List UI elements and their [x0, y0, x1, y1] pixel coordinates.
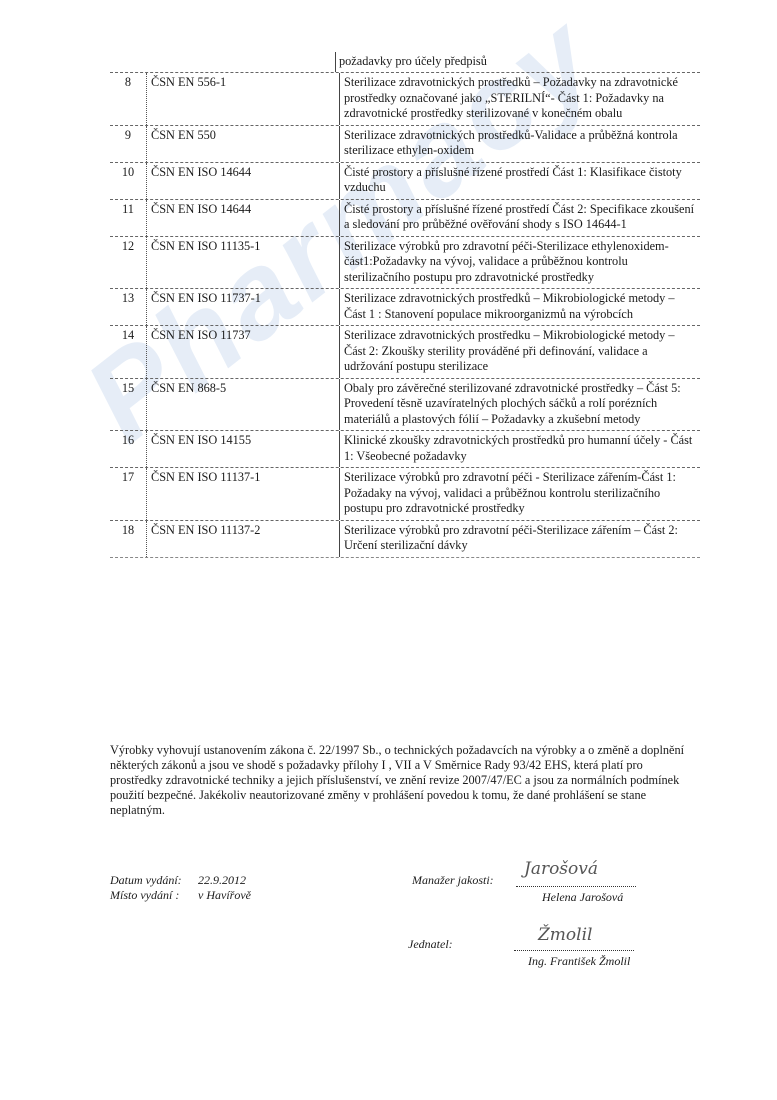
quality-manager-signature: Jarošová — [524, 859, 598, 879]
standard-code: ČSN EN 550 — [146, 126, 339, 162]
standard-code: ČSN EN ISO 11137-2 — [146, 521, 339, 557]
standard-title: Obaly pro závěrečné sterilizované zdravo… — [339, 379, 700, 431]
standard-code: ČSN EN 556-1 — [146, 73, 339, 125]
standard-title: Sterilizace zdravotnických prostředků – … — [339, 73, 700, 125]
quality-manager-label: Manažer jakosti: — [412, 873, 494, 888]
table-row: 16ČSN EN ISO 14155Klinické zkoušky zdrav… — [110, 430, 700, 467]
table-row: 14ČSN EN ISO 11737Sterilizace zdravotnic… — [110, 325, 700, 378]
standard-title: Sterilizace výrobků pro zdravotní péči-S… — [339, 237, 700, 289]
standard-title: Sterilizace výrobků pro zdravotní péči-S… — [339, 521, 700, 557]
issue-date-value: 22.9.2012 — [198, 873, 246, 887]
issue-place-label: Místo vydání : — [110, 888, 198, 903]
issue-date-label: Datum vydání: — [110, 873, 198, 888]
standard-title: Sterilizace zdravotnických prostředků-Va… — [339, 126, 700, 162]
table-row: 10ČSN EN ISO 14644Čisté prostory a přísl… — [110, 162, 700, 199]
row-number: 8 — [110, 73, 146, 125]
standard-code: ČSN EN ISO 11135-1 — [146, 237, 339, 289]
table-row: 15ČSN EN 868-5Obaly pro závěrečné steril… — [110, 378, 700, 431]
standard-title: Čisté prostory a příslušné řízené prostř… — [339, 200, 700, 236]
standard-code: ČSN EN ISO 11737 — [146, 326, 339, 378]
signature-quality-manager: Manažer jakosti: Jarošová Helena Jarošov… — [412, 873, 692, 913]
table-row: 17ČSN EN ISO 11137-1Sterilizace výrobků … — [110, 467, 700, 520]
row-number: 14 — [110, 326, 146, 378]
table-row: 11ČSN EN ISO 14644Čisté prostory a přísl… — [110, 199, 700, 236]
director-signature: Žmolil — [538, 925, 592, 945]
table-row: 18ČSN EN ISO 11137-2Sterilizace výrobků … — [110, 520, 700, 558]
standard-title: Sterilizace zdravotnických prostředku – … — [339, 326, 700, 378]
quality-manager-name: Helena Jarošová — [542, 890, 623, 905]
issue-place-value: v Havířově — [198, 888, 251, 902]
standard-title: Čisté prostory a příslušné řízené prostř… — [339, 163, 700, 199]
standard-code: ČSN EN ISO 11137-1 — [146, 468, 339, 520]
standard-code: ČSN EN ISO 14644 — [146, 163, 339, 199]
row-number: 9 — [110, 126, 146, 162]
standard-title: Klinické zkoušky zdravotnických prostřed… — [339, 431, 700, 467]
table-row: 13ČSN EN ISO 11737-1Sterilizace zdravotn… — [110, 288, 700, 325]
director-name: Ing. František Žmolil — [528, 954, 630, 969]
table-row: 9ČSN EN 550Sterilizace zdravotnických pr… — [110, 125, 700, 162]
standard-code: ČSN EN ISO 14155 — [146, 431, 339, 467]
row-number: 17 — [110, 468, 146, 520]
table-row: 8ČSN EN 556-1Sterilizace zdravotnických … — [110, 72, 700, 125]
standard-title: Sterilizace výrobků pro zdravotní péči -… — [339, 468, 700, 520]
standard-code: ČSN EN ISO 14644 — [146, 200, 339, 236]
table-row: 12ČSN EN ISO 11135-1Sterilizace výrobků … — [110, 236, 700, 289]
standard-code: ČSN EN 868-5 — [146, 379, 339, 431]
row-number: 18 — [110, 521, 146, 557]
row-number: 15 — [110, 379, 146, 431]
standards-table: požadavky pro účely předpisů 8ČSN EN 556… — [110, 52, 700, 558]
standard-title: Sterilizace zdravotnických prostředků – … — [339, 289, 700, 325]
issue-info: Datum vydání:22.9.2012 Místo vydání :v H… — [110, 873, 251, 903]
issue-place: Místo vydání :v Havířově — [110, 888, 251, 903]
row-number: 13 — [110, 289, 146, 325]
table-body: 8ČSN EN 556-1Sterilizace zdravotnických … — [110, 72, 700, 558]
table-continuation-row: požadavky pro účely předpisů — [110, 52, 700, 72]
issue-date: Datum vydání:22.9.2012 — [110, 873, 251, 888]
row-number: 16 — [110, 431, 146, 467]
standard-code: ČSN EN ISO 11737-1 — [146, 289, 339, 325]
row-number: 11 — [110, 200, 146, 236]
row-number: 10 — [110, 163, 146, 199]
signature-line — [514, 950, 634, 951]
director-label: Jednatel: — [408, 937, 453, 952]
signature-director: Jednatel: Žmolil Ing. František Žmolil — [408, 937, 698, 977]
declaration-paragraph: Výrobky vyhovují ustanovením zákona č. 2… — [110, 743, 690, 818]
continuation-text: požadavky pro účely předpisů — [335, 52, 700, 72]
row-number: 12 — [110, 237, 146, 289]
signature-line — [516, 886, 636, 887]
